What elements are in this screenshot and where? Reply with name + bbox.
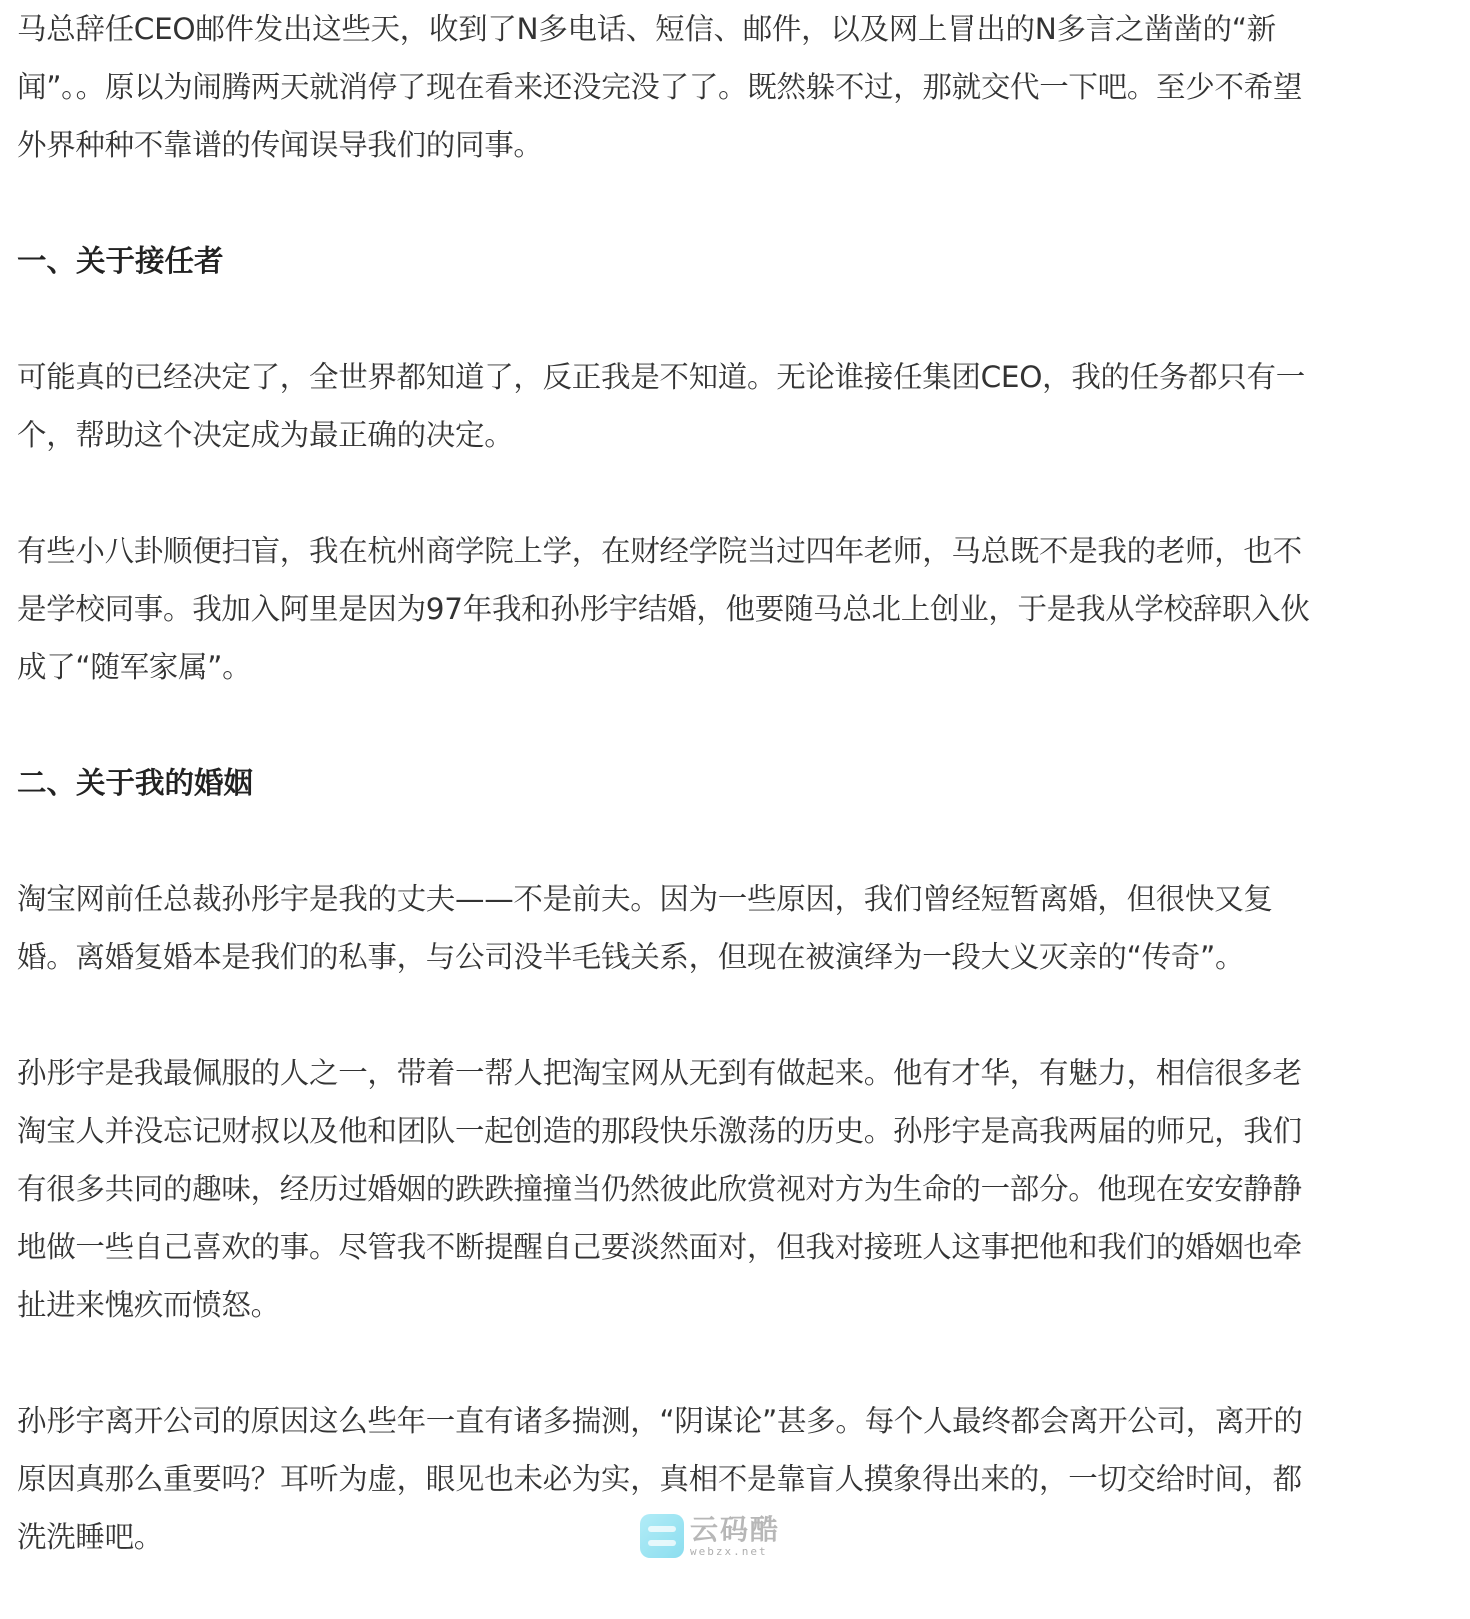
text-line: 闻”。。原以为闹腾两天就消停了现在看来还没完没了了。既然躲不过，那就交代一下吧。… — [17, 58, 1457, 116]
watermark: 云码酷 webzx.net — [640, 1512, 790, 1560]
text-line: 淘宝网前任总裁孙彤宇是我的丈夫——不是前夫。因为一些原因，我们曾经短暂离婚，但很… — [17, 870, 1457, 928]
text-line: 成了“随军家属”。 — [17, 638, 1457, 696]
paragraph: 有些小八卦顺便扫盲，我在杭州商学院上学，在财经学院当过四年老师，马总既不是我的老… — [17, 522, 1457, 696]
text-line: 扯进来愧疚而愤怒。 — [17, 1276, 1457, 1334]
article: 马总辞任CEO邮件发出这些天，收到了N多电话、短信、邮件，以及网上冒出的N多言之… — [17, 0, 1457, 1619]
text-line: 婚。离婚复婚本是我们的私事，与公司没半毛钱关系，但现在被演绎为一段大义灭亲的“传… — [17, 928, 1457, 986]
paragraph: 孙彤宇是我最佩服的人之一，带着一帮人把淘宝网从无到有做起来。他有才华，有魅力，相… — [17, 1044, 1457, 1334]
text-line: 是学校同事。我加入阿里是因为97年我和孙彤宇结婚，他要随马总北上创业，于是我从学… — [17, 580, 1457, 638]
text-line: 有很多共同的趣味，经历过婚姻的跌跌撞撞当仍然彼此欣赏视对方为生命的一部分。他现在… — [17, 1160, 1457, 1218]
text-line: 孙彤宇离开公司的原因这么些年一直有诸多揣测，“阴谋论”甚多。每个人最终都会离开公… — [17, 1392, 1457, 1450]
logo-bar — [648, 1540, 676, 1546]
text-line: 马总辞任CEO邮件发出这些天，收到了N多电话、短信、邮件，以及网上冒出的N多言之… — [17, 0, 1457, 58]
webzx-logo-icon — [640, 1514, 684, 1558]
text-line: 孙彤宇是我最佩服的人之一，带着一帮人把淘宝网从无到有做起来。他有才华，有魅力，相… — [17, 1044, 1457, 1102]
text-line: 原因真那么重要吗？耳听为虚，眼见也未必为实，真相不是靠盲人摸象得出来的，一切交给… — [17, 1450, 1457, 1508]
section-heading-marriage: 二、关于我的婚姻 — [17, 754, 1457, 812]
text-line: 有些小八卦顺便扫盲，我在杭州商学院上学，在财经学院当过四年老师，马总既不是我的老… — [17, 522, 1457, 580]
logo-bar — [648, 1526, 676, 1532]
paragraph: 淘宝网前任总裁孙彤宇是我的丈夫——不是前夫。因为一些原因，我们曾经短暂离婚，但很… — [17, 870, 1457, 986]
text-line: 淘宝人并没忘记财叔以及他和团队一起创造的那段快乐激荡的历史。孙彤宇是高我两届的师… — [17, 1102, 1457, 1160]
watermark-text: 云码酷 webzx.net — [690, 1516, 780, 1557]
watermark-name: 云码酷 — [690, 1516, 780, 1544]
text-line: 外界种种不靠谱的传闻误导我们的同事。 — [17, 116, 1457, 174]
text-line: 个，帮助这个决定成为最正确的决定。 — [17, 406, 1457, 464]
watermark-domain: webzx.net — [690, 1546, 780, 1557]
intro-paragraph: 马总辞任CEO邮件发出这些天，收到了N多电话、短信、邮件，以及网上冒出的N多言之… — [17, 0, 1457, 174]
paragraph: 可能真的已经决定了，全世界都知道了，反正我是不知道。无论谁接任集团CEO，我的任… — [17, 348, 1457, 464]
text-line: 可能真的已经决定了，全世界都知道了，反正我是不知道。无论谁接任集团CEO，我的任… — [17, 348, 1457, 406]
text-line: 地做一些自己喜欢的事。尽管我不断提醒自己要淡然面对，但我对接班人这事把他和我们的… — [17, 1218, 1457, 1276]
section-heading-successor: 一、关于接任者 — [17, 232, 1457, 290]
